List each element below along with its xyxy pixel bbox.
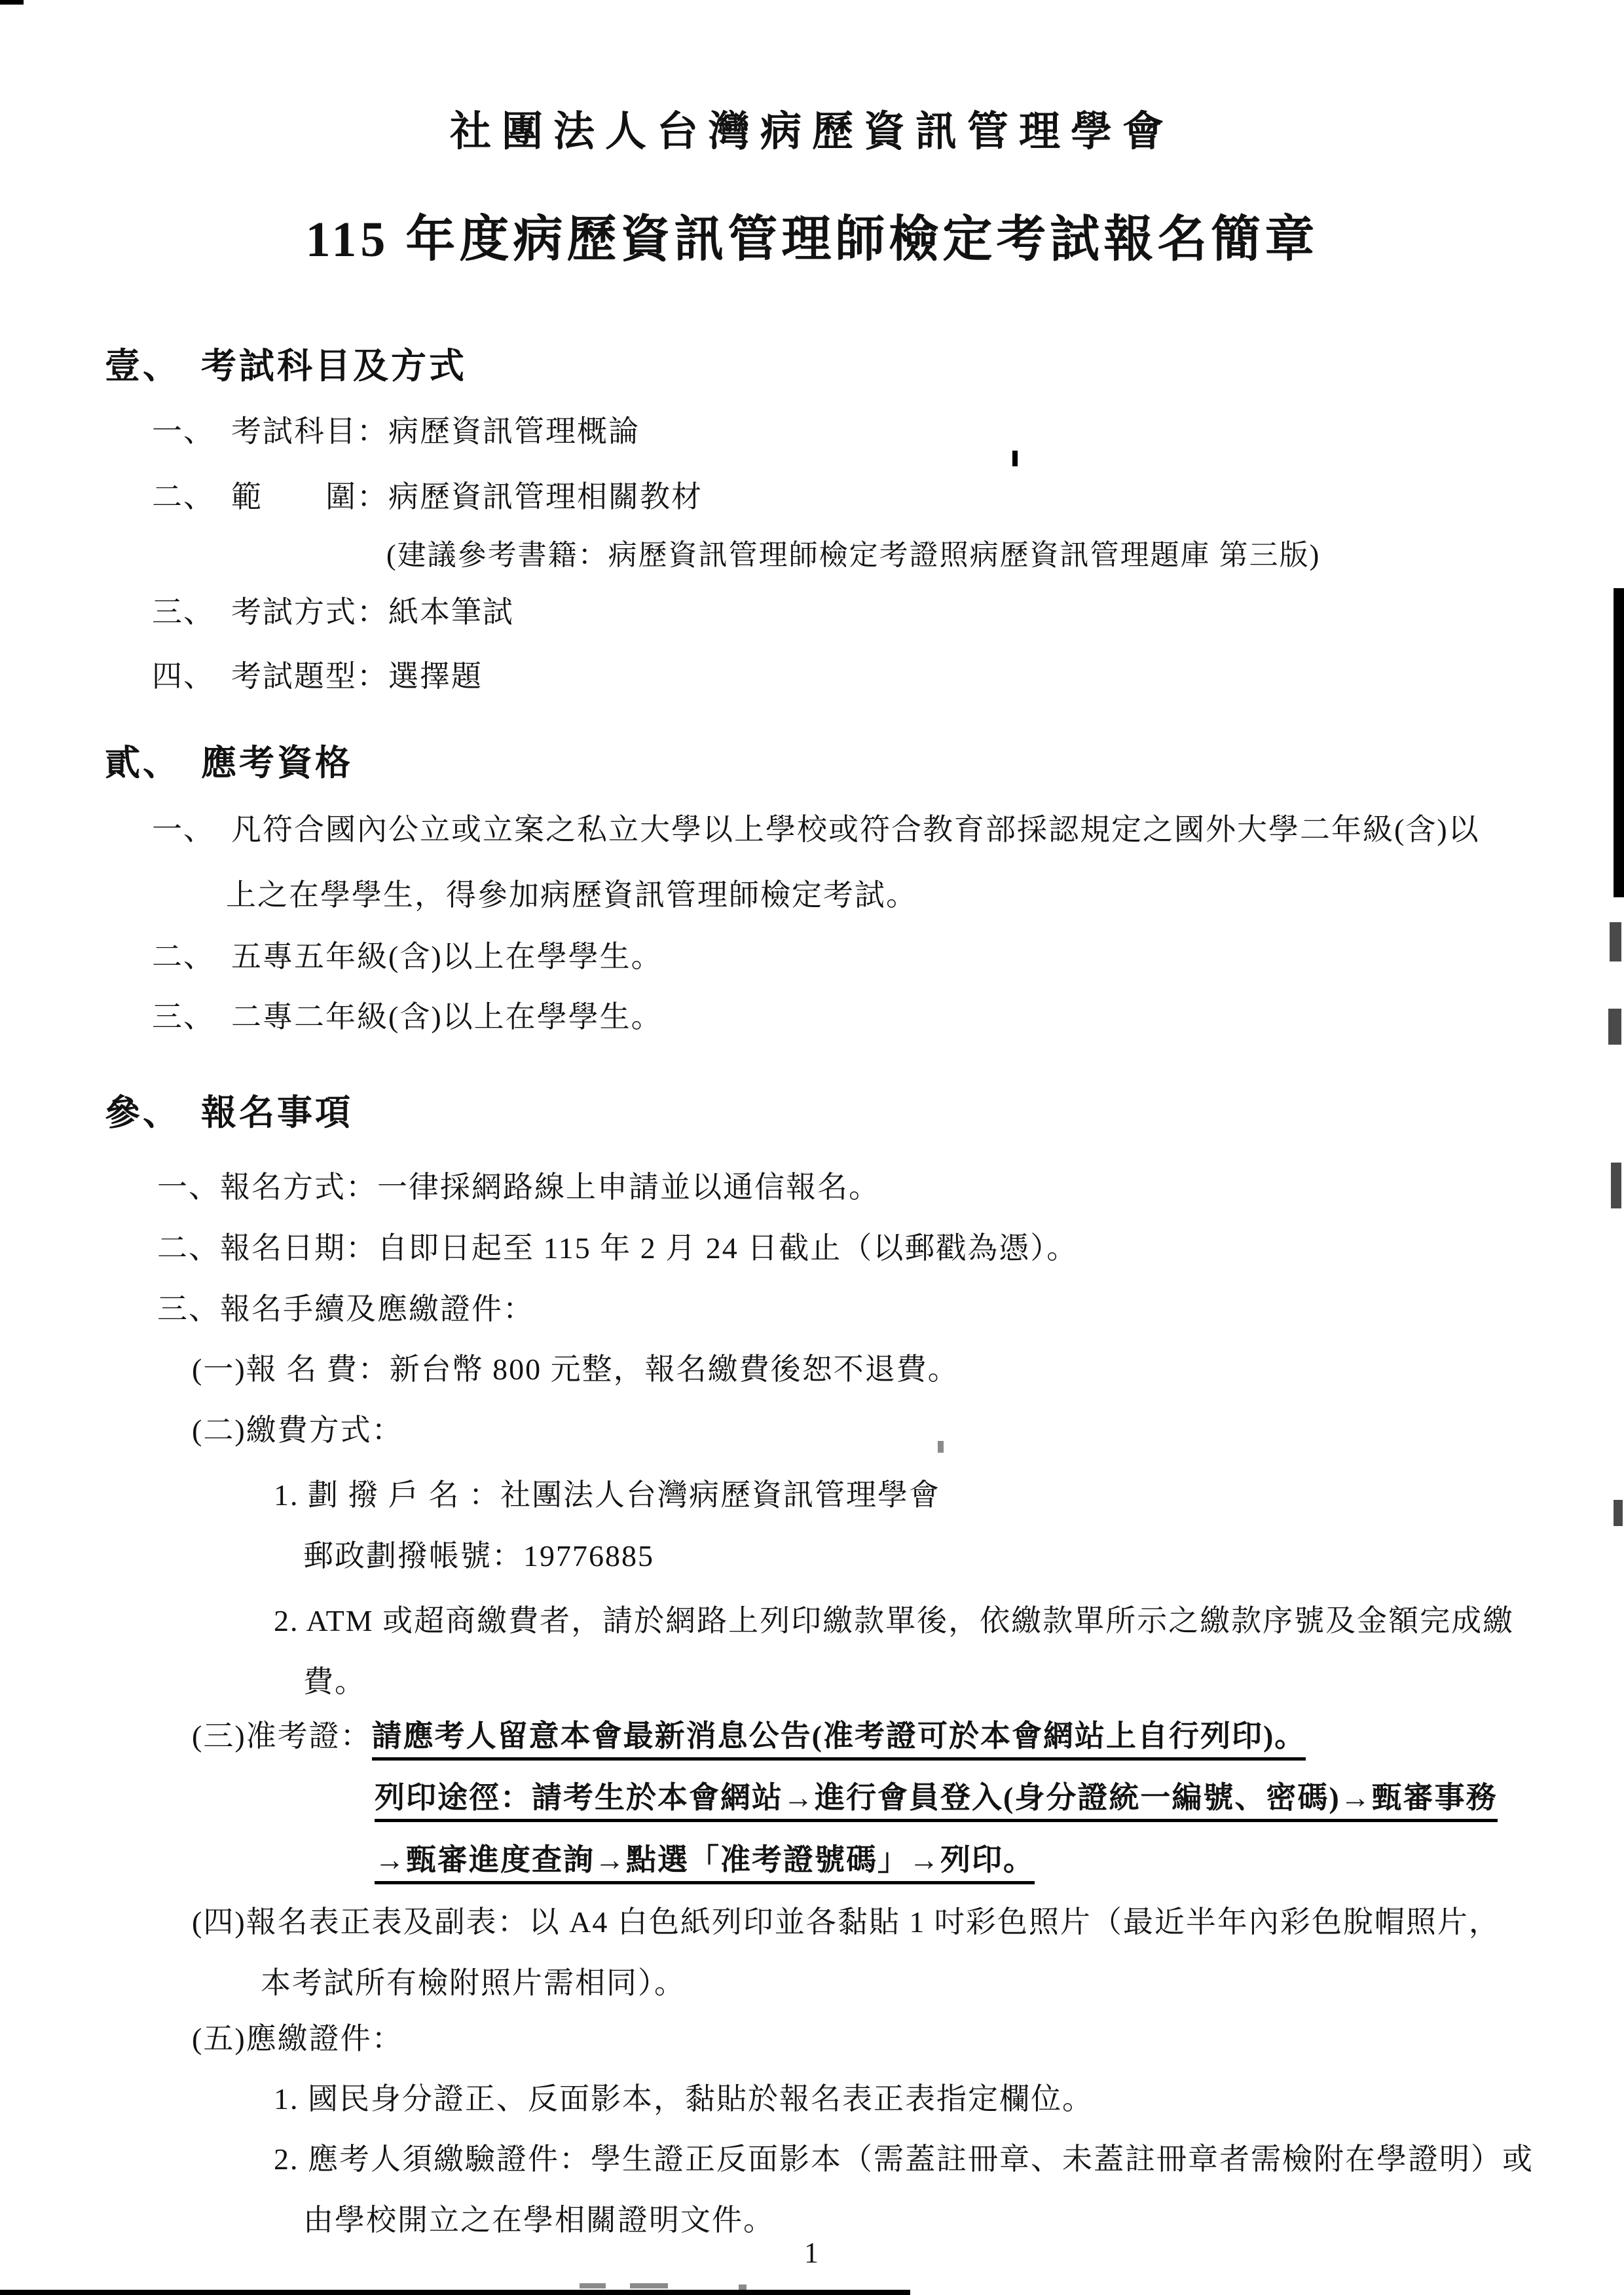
scan-artifact-bottom-line [0,2290,910,2295]
exam-subject-line: 一、 考試科目：病歷資訊管理概論 [152,417,640,447]
payment-atm-line1: 2. ATM 或超商繳費者，請於網路上列印繳款單後，依繳款單所示之繳款序號及金額… [274,1606,1514,1636]
exam-format-line: 四、 考試題型：選擇題 [152,662,483,692]
documents-heading-line: (五)應繳證件： [192,2024,403,2054]
documents-item1-line: 1. 國民身分證正、反面影本，黏貼於報名表正表指定欄位。 [274,2084,1094,2114]
admission-path-line2: →甄審進度查詢→點選「准考證號碼」→列印。 [375,1845,1035,1884]
document-page: 社團法人台灣病歷資訊管理學會 115 年度病歷資訊管理師檢定考試報名簡章 壹、 … [0,0,1624,2295]
org-title: 社團法人台灣病歷資訊管理學會 [0,111,1624,153]
exam-method-line: 三、 考試方式：紙本筆試 [152,597,514,627]
scan-artifact-bottom-speck-3 [739,2285,747,2290]
form-line2: 本考試所有檢附照片需相同）。 [261,1968,686,1998]
payment-heading-line: (二)繳費方式： [192,1415,403,1446]
scan-artifact-bottom-speck-2 [630,2283,668,2288]
payment-account-line1: 1. 劃 撥 戶 名 ：社團法人台灣病歷資訊管理學會 [274,1480,940,1510]
registration-date-line: 二、報名日期：自即日起至 115 年 2 月 24 日截止（以郵戳為憑）。 [157,1233,1078,1263]
scan-artifact-top-left [0,0,24,5]
admission-path-line2-wrap: →甄審進度查詢→點選「准考證號碼」→列印。 [375,1845,1035,1884]
scan-artifact-right-mark-3 [1611,1163,1621,1208]
eligibility-item3-line: 三、 二專二年級(含)以上在學學生。 [152,1002,663,1032]
documents-item2-line1: 2. 應考人須繳驗證件：學生證正反面影本（需蓋註冊章、未蓋註冊章者需檢附在學證明… [274,2144,1534,2174]
scan-artifact-right-mark-4 [1614,1500,1623,1526]
main-title: 115 年度病歷資訊管理師檢定考試報名簡章 [0,215,1624,265]
admission-ticket-label: (三)准考證： [192,1719,372,1753]
documents-item2-line2: 由學校開立之在學相關證明文件。 [303,2205,775,2235]
exam-scope-line: 二、 範 圍：病歷資訊管理相關教材 [152,482,703,512]
scan-artifact-bottom-speck-1 [580,2283,606,2288]
eligibility-item1-line1: 一、 凡符合國內公立或立案之私立大學以上學校或符合教育部採認規定之國外大學二年級… [152,815,1480,845]
payment-atm-line2: 費。 [303,1667,366,1697]
section-exam-heading: 壹、 考試科目及方式 [105,348,467,384]
section-eligibility-heading: 貳、 應考資格 [105,745,353,781]
registration-method-line: 一、報名方式：一律採網路線上申請並以通信報名。 [157,1172,880,1203]
admission-ticket-line: (三)准考證：請應考人留意本會最新消息公告(准考證可於本會網站上自行列印)。 [192,1721,1306,1761]
form-line1: (四)報名表正表及副表：以 A4 白色紙列印並各黏貼 1 吋彩色照片（最近半年內… [192,1907,1500,1937]
scan-artifact-tick [1012,451,1018,466]
section-registration-heading: 參、 報名事項 [105,1095,353,1130]
admission-ticket-notice: 請應考人留意本會最新消息公告(准考證可於本會網站上自行列印)。 [372,1721,1306,1761]
payment-account-line2: 郵政劃撥帳號：19776885 [303,1541,654,1571]
admission-path-line1: 列印途徑：請考生於本會網站→進行會員登入(身分證統一編號、密碼)→甄審事務 [375,1783,1498,1822]
scan-artifact-right-mark-1 [1610,922,1621,961]
page-number: 1 [0,2239,1624,2267]
scan-artifact-right-mark-2 [1608,1009,1621,1045]
exam-scope-note-line: (建議參考書籍：病歷資訊管理師檢定考證照病歷資訊管理題庫 第三版) [386,541,1320,570]
scan-artifact-right-bar [1614,588,1624,897]
registration-fee-line: (一)報 名 費：新台幣 800 元整，報名繳費後恕不退費。 [192,1354,959,1385]
eligibility-item2-line: 二、 五專五年級(含)以上在學學生。 [152,942,663,972]
eligibility-item1-line2: 上之在學學生，得參加病歷資訊管理師檢定考試。 [226,880,917,910]
admission-path-line1-wrap: 列印途徑：請考生於本會網站→進行會員登入(身分證統一編號、密碼)→甄審事務 [375,1783,1498,1822]
registration-procedure-line: 三、報名手續及應繳證件： [157,1294,534,1324]
scan-artifact-dot [938,1441,944,1453]
